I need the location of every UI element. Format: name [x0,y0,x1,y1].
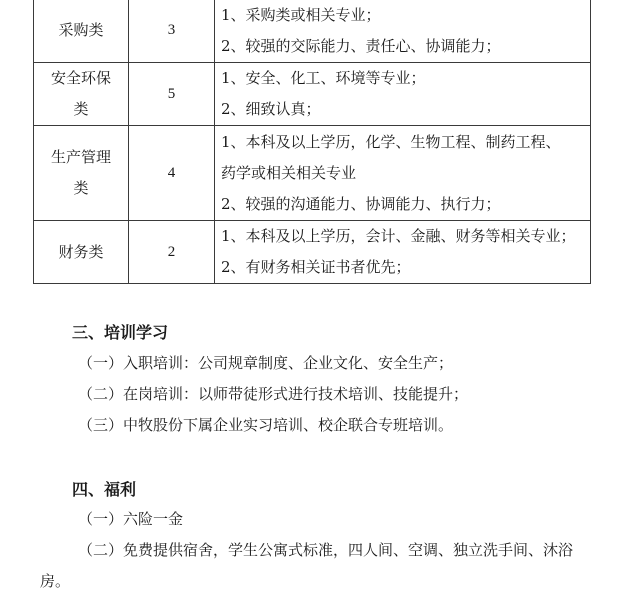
document-page: 采购类 3 1、采购类或相关专业； 2、较强的交际能力、责任心、协调能力； 安全… [0,0,644,612]
headcount-cell: 3 [129,0,215,63]
requirements-cell: 1、采购类或相关专业； 2、较强的交际能力、责任心、协调能力； [215,0,591,63]
benefit-item: （二）免费提供宿舍，学生公寓式标准，四人间、空调、独立洗手间、沐浴房。 [40,535,600,597]
headcount-cell: 5 [129,63,215,126]
category-line: 生产管理 [34,142,128,173]
category-cell: 生产管理 类 [34,126,129,221]
requirement-line: 1、采购类或相关专业； [221,0,590,31]
requirement-line: 2、细致认真； [221,94,590,125]
requirement-line: 2、有财务相关证书者优先； [221,252,590,283]
requirements-cell: 1、本科及以上学历，化学、生物工程、制药工程、 药学或相关相关专业 2、较强的沟… [215,126,591,221]
training-item: （三）中牧股份下属企业实习培训、校企联合专班培训。 [78,410,453,441]
section-heading-training: 三、培训学习 [72,320,168,343]
category-line: 类 [34,94,128,125]
category-cell: 采购类 [34,0,129,63]
headcount-cell: 4 [129,126,215,221]
requirements-cell: 1、安全、化工、环境等专业； 2、细致认真； [215,63,591,126]
benefit-item: （一）六险一金 [78,504,183,535]
requirement-line: 1、安全、化工、环境等专业； [221,63,590,94]
category-line: 类 [34,173,128,204]
training-item: （二）在岗培训：以师带徒形式进行技术培训、技能提升； [78,379,468,410]
headcount-cell: 2 [129,221,215,284]
category-cell: 安全环保 类 [34,63,129,126]
category-line: 安全环保 [34,63,128,94]
requirement-line: 2、较强的交际能力、责任心、协调能力； [221,31,590,62]
recruitment-requirements-table: 采购类 3 1、采购类或相关专业； 2、较强的交际能力、责任心、协调能力； 安全… [33,0,591,284]
requirements-cell: 1、本科及以上学历，会计、金融、财务等相关专业； 2、有财务相关证书者优先； [215,221,591,284]
table-row: 安全环保 类 5 1、安全、化工、环境等专业； 2、细致认真； [34,63,591,126]
category-cell: 财务类 [34,221,129,284]
requirement-line: 药学或相关相关专业 [221,158,590,189]
requirement-line: 2、较强的沟通能力、协调能力、执行力； [221,189,590,220]
requirement-line: 1、本科及以上学历，化学、生物工程、制药工程、 [221,127,590,158]
training-item: （一）入职培训：公司规章制度、企业文化、安全生产； [78,348,453,379]
section-heading-benefits: 四、福利 [72,477,136,500]
table-row: 财务类 2 1、本科及以上学历，会计、金融、财务等相关专业； 2、有财务相关证书… [34,221,591,284]
table-row: 采购类 3 1、采购类或相关专业； 2、较强的交际能力、责任心、协调能力； [34,0,591,63]
requirement-line: 1、本科及以上学历，会计、金融、财务等相关专业； [221,221,590,252]
table-row: 生产管理 类 4 1、本科及以上学历，化学、生物工程、制药工程、 药学或相关相关… [34,126,591,221]
